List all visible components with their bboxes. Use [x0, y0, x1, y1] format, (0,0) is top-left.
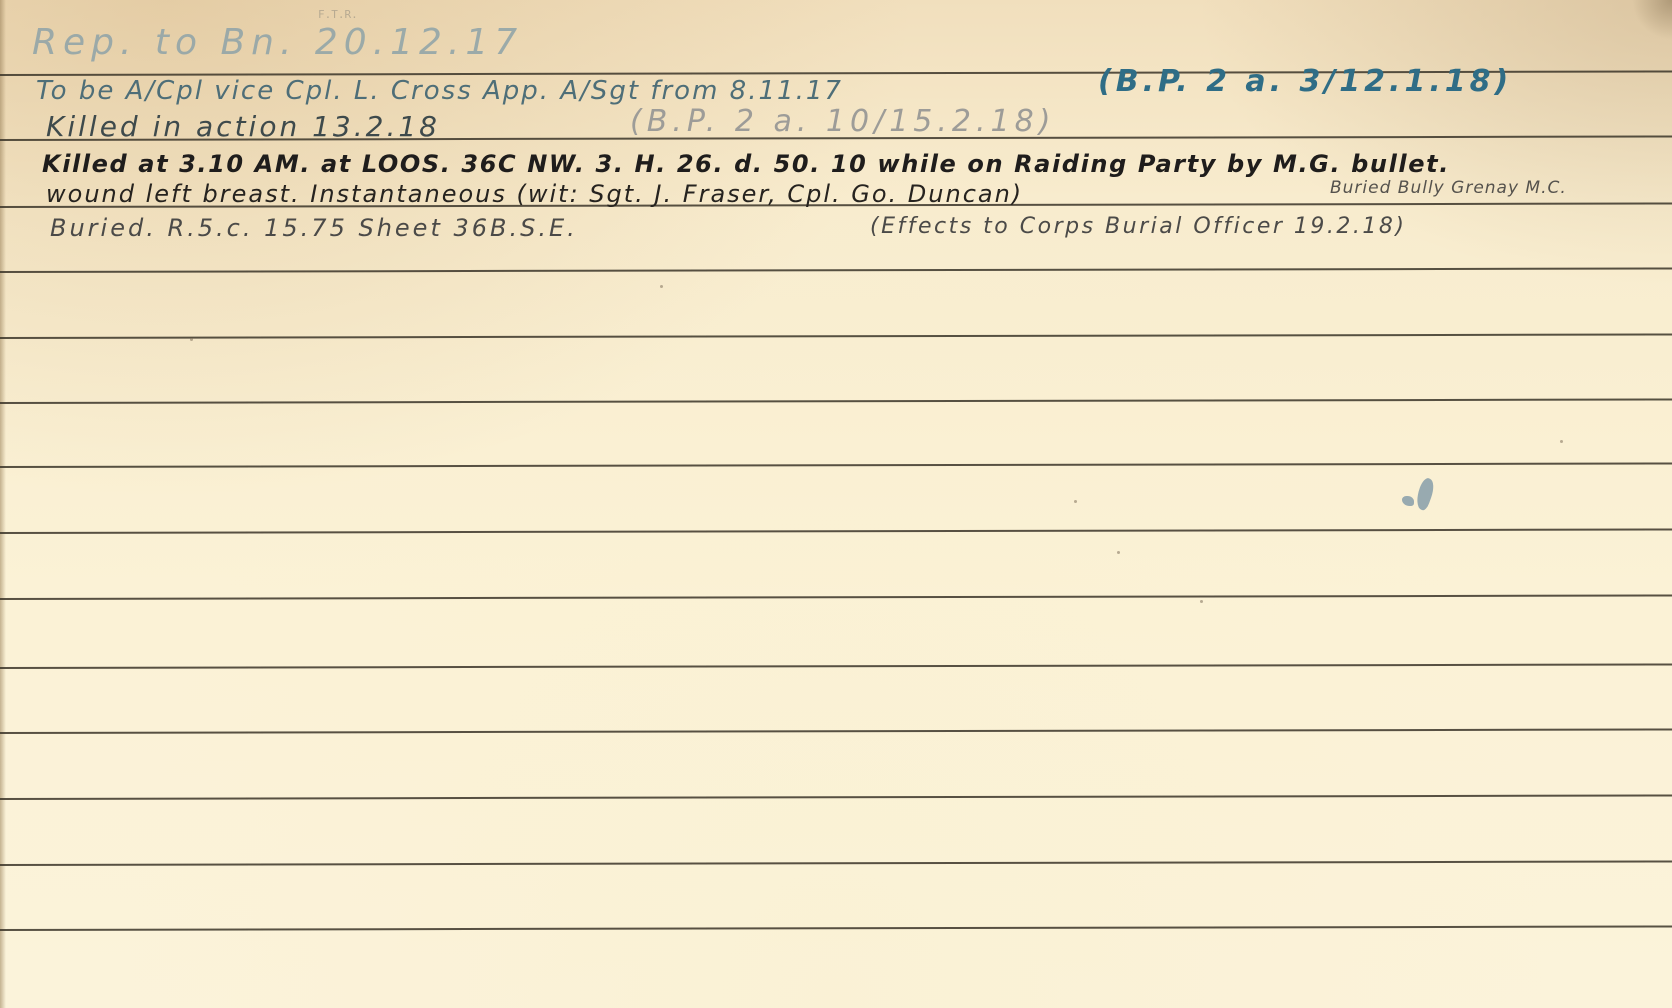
entry-killed-reference: (B.P. 2 a. 10/15.2.18) [630, 104, 1055, 139]
paper-speck [190, 338, 193, 341]
paper-speck [1117, 551, 1120, 554]
entry-burial-place: Buried Bully Grenay M.C. [1330, 178, 1567, 198]
rule-line [0, 663, 1672, 669]
rule-line [0, 333, 1672, 339]
entry-reported: Rep. to Bn. 20.12.17 [32, 22, 523, 63]
rule-line [0, 267, 1672, 273]
stamp-mark: F.T.R. [318, 8, 358, 21]
paper-speck [1074, 500, 1077, 503]
entry-promotion-reference: (B.P. 2 a. 3/12.1.18) [1098, 64, 1512, 99]
entry-burial-reference: Buried. R.5.c. 15.75 Sheet 36B.S.E. [50, 214, 578, 242]
rule-line [0, 398, 1672, 404]
rule-line [0, 728, 1672, 734]
record-card: F.T.R. Rep. to Bn. 20.12.17 To be A/Cpl … [0, 0, 1672, 1008]
ink-blot [1402, 496, 1414, 506]
entry-death-details: Killed at 3.10 AM. at LOOS. 36C NW. 3. H… [42, 150, 1450, 178]
paper-speck [1560, 440, 1563, 443]
rule-line [0, 794, 1672, 800]
entry-wound-witnesses: wound left breast. Instantaneous (wit: S… [46, 180, 1023, 208]
rule-line [0, 925, 1672, 931]
entry-killed-in-action: Killed in action 13.2.18 [46, 110, 440, 143]
rule-line [0, 860, 1672, 866]
rule-line [0, 462, 1672, 468]
rule-line [0, 594, 1672, 600]
paper-speck [1200, 600, 1203, 603]
rule-line [0, 528, 1672, 534]
paper-speck [660, 285, 663, 288]
entry-promotion: To be A/Cpl vice Cpl. L. Cross App. A/Sg… [36, 76, 843, 106]
ink-blot [1413, 477, 1437, 512]
entry-effects: (Effects to Corps Burial Officer 19.2.18… [870, 214, 1406, 239]
